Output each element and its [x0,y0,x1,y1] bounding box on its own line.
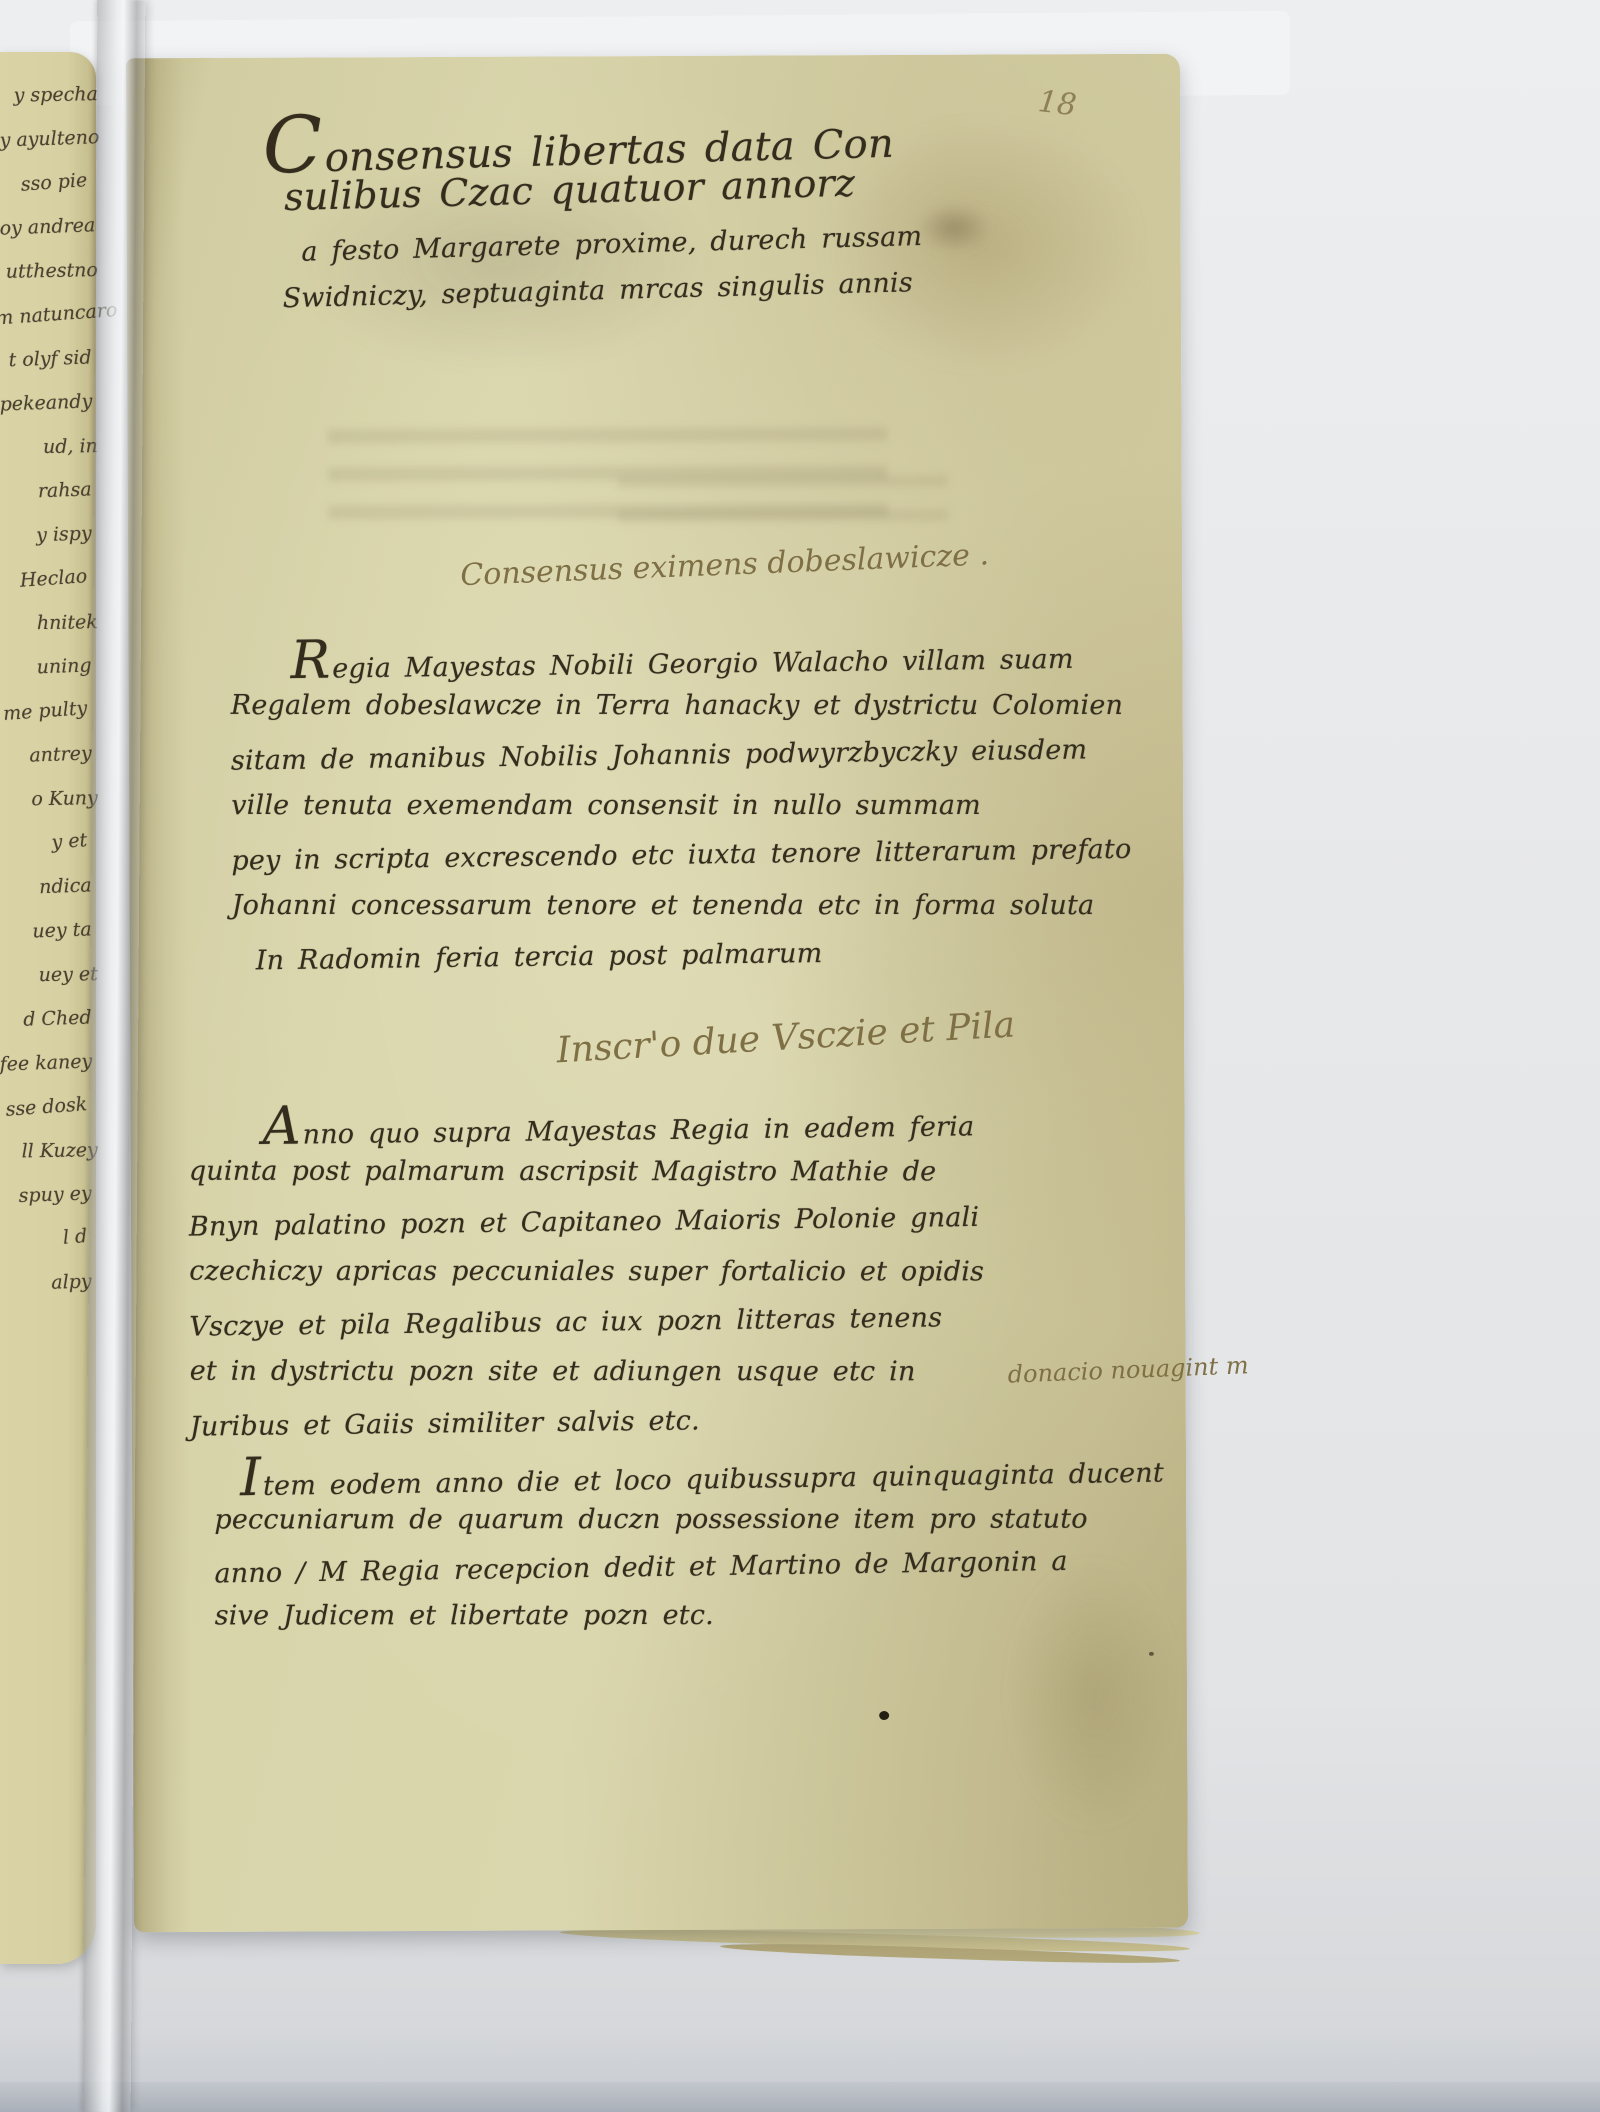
text-fragment: uey ta [0,918,93,965]
text-fragment: ndica [0,874,93,921]
text-fragment: fee kaney [0,1050,93,1097]
text-fragment: uey et [6,963,99,1009]
text-line: pey in scripta excrescendo etc iuxta ten… [231,834,1092,895]
table-edge [0,2082,1600,2112]
paragraph-consensus: Regia Mayestas Nobili Georgio Walacho vi… [230,634,1092,992]
text-line: anno / M Regia recepcion dedit et Martin… [214,1545,1095,1606]
text-line: sitam de manibus Nobilis Johannis podwyr… [231,734,1092,795]
text-fragment: d Ched [0,1006,93,1053]
text-fragment: m natuncaro [0,301,89,351]
bleed-through-text [618,475,948,534]
paragraph-inscriptio: Anno quo supra Mayestas Regia in eadem f… [188,1100,1090,1458]
text-line: Bnyn palatino pozn et Capitaneo Maioris … [189,1201,1090,1262]
text-line: In Radomin feria tercia post palmarum [256,934,1093,995]
text-line: czechiczy apricas peccuniales super fort… [189,1256,1089,1307]
paragraph-item: Item eodem anno die et loco quibussupra … [214,1450,1095,1650]
facing-page-text-fragments: y spechay ayultenosso pieoy andreautthes… [0,84,92,1316]
manuscript-photo: y spechay ayultenosso pieoy andreautthes… [0,0,1600,2112]
text-fragment: ll Kuzey [6,1139,99,1185]
text-line: quinta post palmarum ascripsit Magistro … [189,1156,1089,1207]
manuscript-page: 18 Consensus libertas data Consulibus Cz… [126,54,1188,1933]
text-line: Johanni concessarum tenore et tenenda et… [232,890,1092,940]
text-fragment: alpy [0,1270,93,1317]
heading-inscriptio: Inscr'o due Vsczie et Pila [555,1004,1016,1071]
text-fragment: ud, in [6,435,99,481]
text-fragment: l d [0,1225,89,1275]
text-line: Vsczye et pila Regalibus ac iux pozn lit… [189,1301,1090,1362]
text-fragment: spuy ey [0,1182,93,1229]
title-block: Consensus libertas data Consulibus Czac … [262,98,1027,329]
text-fragment: antrey [0,742,93,789]
text-line: et in dystrictu pozn site et adiungen us… [190,1356,1090,1407]
folio-number: 18 [1036,84,1078,123]
text-line: peccuniarum de quarum duczn possessione … [214,1504,1094,1553]
ink-speck [1149,1652,1154,1656]
text-line: sive Judicem et libertate pozn etc. [215,1600,1095,1649]
text-fragment: sse dosk [0,1093,89,1143]
text-fragment: y ispy [0,522,93,569]
text-fragment: y et [0,829,89,879]
text-fragment: oy andrea [0,214,93,261]
heading-consensus-eximens: Consensus eximens dobeslawicze . [460,537,990,593]
text-fragment: o Kuny [6,787,99,833]
text-fragment: utthestno [6,259,99,305]
text-fragment: uning [0,654,93,701]
text-fragment: rahsa [0,478,93,525]
text-fragment: t olyf sid [0,346,93,393]
text-line: Anno quo supra Mayestas Regia in eadem f… [262,1097,1089,1161]
text-fragment: hnitek [6,611,99,657]
text-fragment: me pulty [0,697,89,747]
ink-dot [879,1711,889,1720]
text-fragment: y specha [6,83,99,129]
text-line: Regalem dobeslawcze in Terra hanacky et … [231,690,1091,740]
text-fragment: Heclao [0,565,89,615]
facing-page-edge: y spechay ayultenosso pieoy andreautthes… [0,52,96,1964]
text-fragment: pekeandy [0,390,93,437]
text-fragment: y ayulteno [0,126,93,173]
text-line: Item eodem anno die et loco quibussupra … [240,1446,1095,1511]
text-fragment: sso pie [0,169,89,219]
text-line: ville tenuta exemendam consensit in null… [231,790,1091,840]
text-line: Regia Mayestas Nobili Georgio Walacho vi… [290,631,1091,695]
